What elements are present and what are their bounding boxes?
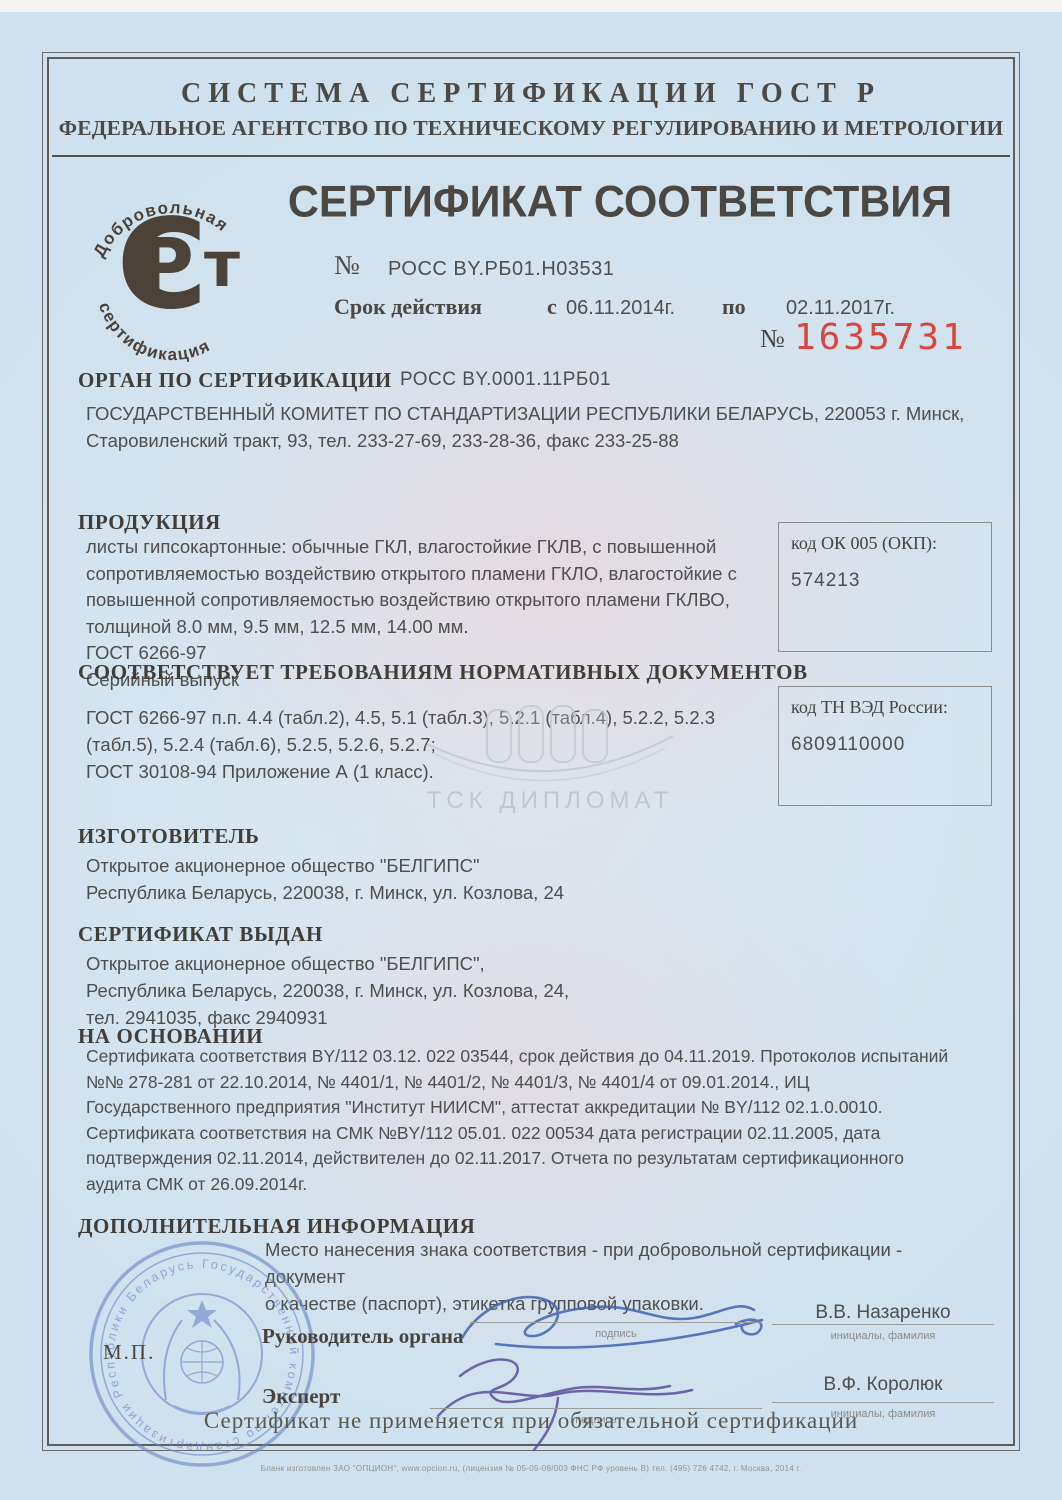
logo-letter-R: Р [138,221,194,310]
validity-label: Срок действия [334,294,482,320]
expert-signature-icon [408,1342,718,1454]
certification-body-code: РОСС BY.0001.11РБ01 [400,369,611,391]
okp-code-box: код ОК 005 (ОКП): 574213 [778,522,992,652]
head-name-line [772,1324,994,1325]
rst-certification-logo-icon: Добровольная сертификация С Р т [74,170,270,362]
logo-letter-t: т [204,228,240,301]
okp-code-label: код ОК 005 (ОКП): [791,533,979,554]
manufacturer-label: ИЗГОТОВИТЕЛЬ [78,824,259,849]
cert-number-value: РОСС BY.РБ01.Н03531 [388,258,614,281]
cert-number-label: № [334,250,360,281]
validity-to-label: по [722,294,746,320]
tnved-code-box: код ТН ВЭД России: 6809110000 [778,686,992,806]
stamp-place-label: М.П. [103,1340,155,1365]
tnved-code-label: код ТН ВЭД России: [791,697,979,718]
issued-to-details: Открытое акционерное общество "БЕЛГИПС",… [86,950,986,1031]
blank-number-label: № [760,324,785,354]
basis-details: Сертификата соответствия BY/112 03.12. 0… [86,1044,1021,1197]
tsk-diplomat-watermark-icon: ТСК ДИПЛОМАТ [425,692,675,817]
tnved-code-value: 6809110000 [791,734,979,756]
expert-name-line [772,1402,994,1403]
certification-body-address: ГОСУДАРСТВЕННЫЙ КОМИТЕТ ПО СТАНДАРТИЗАЦИ… [86,400,996,454]
expert-name: В.Ф. Королюк [772,1374,994,1396]
okp-code-value: 574213 [791,570,979,592]
system-header: СИСТЕМА СЕРТИФИКАЦИИ ГОСТ Р [0,78,1062,110]
certification-body-label: ОРГАН ПО СЕРТИФИКАЦИИ [78,368,392,393]
head-signature-caption: подпись [470,1328,762,1340]
certificate-title: СЕРТИФИКАТ СООТВЕТСТВИЯ [250,177,990,228]
watermark-text: ТСК ДИПЛОМАТ [427,787,674,814]
blank-maker-fine-print: Бланк изготовлен ЗАО "ОПЦИОН", www.opcio… [0,1464,1062,1473]
product-label: ПРОДУКЦИЯ [78,510,221,535]
expert-role: Эксперт [262,1384,340,1409]
blank-number-value: 1635731 [794,317,967,358]
issued-to-label: СЕРТИФИКАТ ВЫДАН [78,922,323,947]
header-divider [52,155,1010,157]
head-signature-line [470,1322,762,1323]
validity-from-date: 06.11.2014г. [566,297,675,320]
head-name-caption: инициалы, фамилия [772,1330,994,1342]
certificate-page: СИСТЕМА СЕРТИФИКАЦИИ ГОСТ Р ФЕДЕРАЛЬНОЕ … [0,12,1062,1500]
footer-note: Сертификат не применяется при обязательн… [0,1408,1062,1434]
head-name: В.В. Назаренко [772,1302,994,1324]
agency-header: ФЕДЕРАЛЬНОЕ АГЕНТСТВО ПО ТЕХНИЧЕСКОМУ РЕ… [0,116,1062,141]
validity-from-label: с [547,294,557,320]
manufacturer-details: Открытое акционерное общество "БЕЛГИПС" … [86,852,986,906]
compliance-label: СООТВЕТСТВУЕТ ТРЕБОВАНИЯМ НОРМАТИВНЫХ ДО… [78,660,808,685]
